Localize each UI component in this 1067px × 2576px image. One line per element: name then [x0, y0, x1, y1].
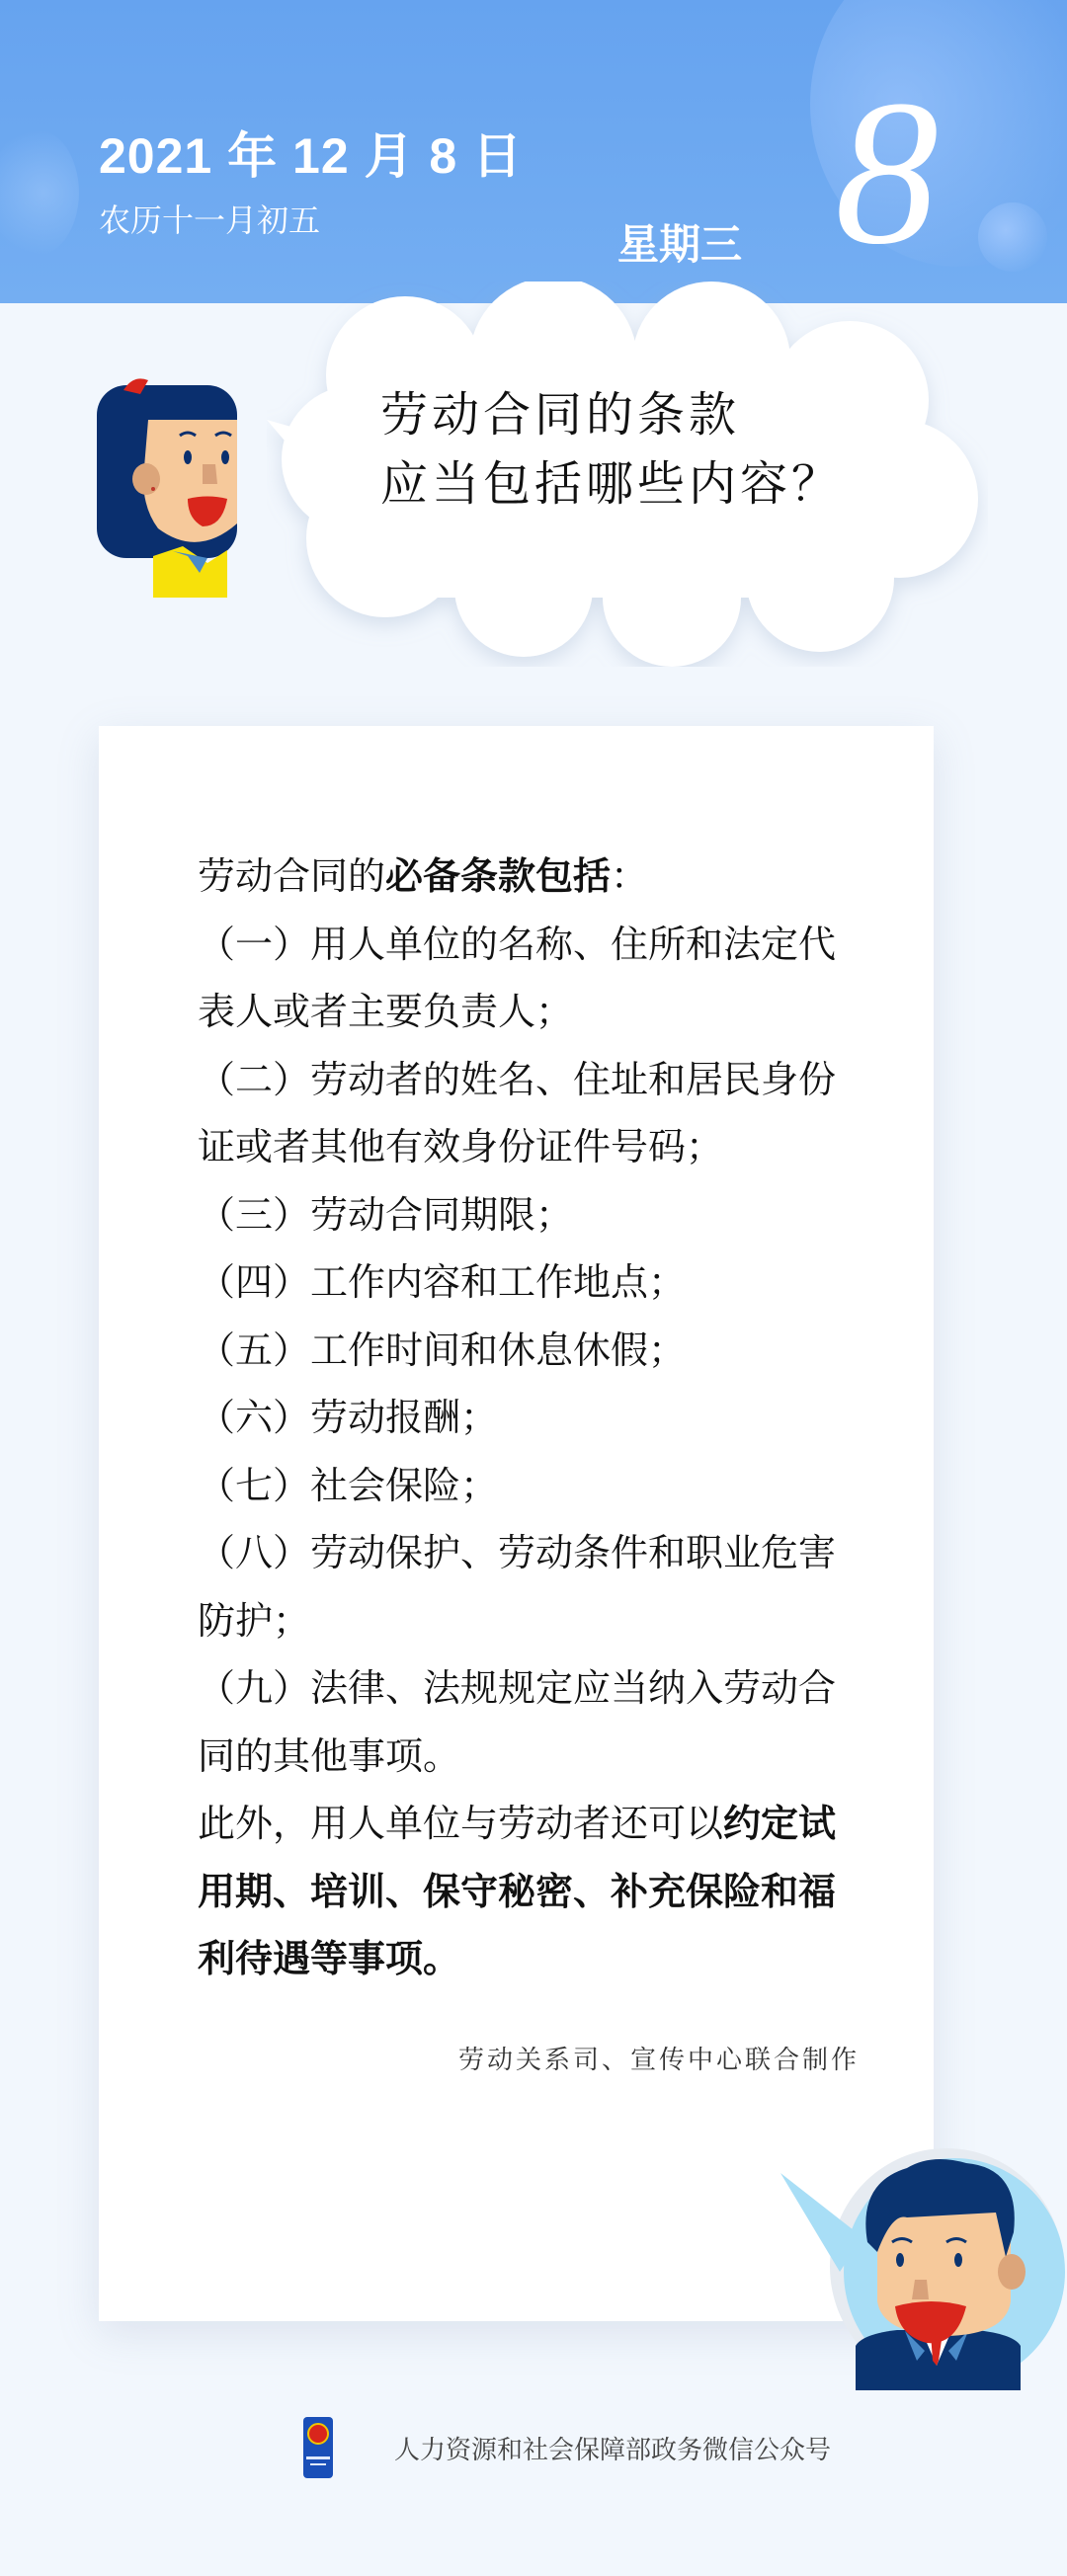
clause-item: （一）用人单位的名称、住所和法定代表人或者主要负责人； — [198, 911, 850, 1046]
clause-item: （二）劳动者的姓名、住址和居民身份证或者其他有效身份证件号码； — [198, 1046, 850, 1181]
intro-bold-text: 必备条款包括 — [385, 854, 611, 898]
question-line: 劳动合同的条款 — [380, 380, 843, 449]
clause-item: （九）法律、法规规定应当纳入劳动合同的其他事项。 — [198, 1654, 850, 1790]
card-body: 劳动合同的必备条款包括： （一）用人单位的名称、住所和法定代表人或者主要负责人；… — [198, 843, 850, 1993]
emblem-shape — [307, 2423, 329, 2445]
question-line: 应当包括哪些内容？ — [380, 449, 843, 519]
clause-item: （七）社会保险； — [198, 1452, 850, 1520]
day-number: 8 — [835, 69, 939, 277]
closing-text: 此外，用人单位与劳动者还可以 — [198, 1802, 723, 1845]
weekday-label: 星期三 — [617, 212, 742, 272]
man-avatar-icon — [769, 2124, 1065, 2390]
lunar-date: 农历十一月初五 — [99, 196, 320, 241]
clause-item: （三）劳动合同期限； — [198, 1181, 850, 1249]
clause-item: （四）工作内容和工作地点； — [198, 1248, 850, 1317]
national-emblem-icon — [303, 2417, 333, 2478]
clause-item: （八）劳动保护、劳动条件和职业危害防护； — [198, 1519, 850, 1654]
decorative-bubble — [978, 202, 1047, 272]
closing-paragraph: 此外，用人单位与劳动者还可以约定试用期、培训、保守秘密、补充保险和福利待遇等事项… — [198, 1790, 850, 1993]
footer-account-name: 人力资源和社会保障部政务微信公众号 — [394, 2430, 831, 2466]
clause-item: （五）工作时间和休息休假； — [198, 1317, 850, 1385]
gregorian-date: 2021 年 12 月 8 日 — [99, 117, 523, 188]
logo-text-bar — [306, 2456, 330, 2459]
girl-avatar-icon — [89, 361, 237, 598]
intro-paragraph: 劳动合同的必备条款包括： — [198, 843, 850, 911]
producer-signature: 劳动关系司、宣传中心联合制作 — [458, 2040, 860, 2076]
question-text: 劳动合同的条款 应当包括哪些内容？ — [380, 380, 843, 519]
clause-item: （六）劳动报酬； — [198, 1384, 850, 1452]
footer-brand: 人力资源和社会保障部政务微信公众号 — [303, 2417, 831, 2478]
content-card: 劳动合同的必备条款包括： （一）用人单位的名称、住所和法定代表人或者主要负责人；… — [99, 726, 934, 2321]
intro-text: 劳动合同的 — [198, 854, 385, 898]
decorative-bubble — [0, 128, 79, 257]
intro-suffix: ： — [611, 854, 648, 898]
date-header: 2021 年 12 月 8 日 农历十一月初五 星期三 8 — [0, 0, 1067, 303]
logo-text-bar — [310, 2463, 326, 2465]
